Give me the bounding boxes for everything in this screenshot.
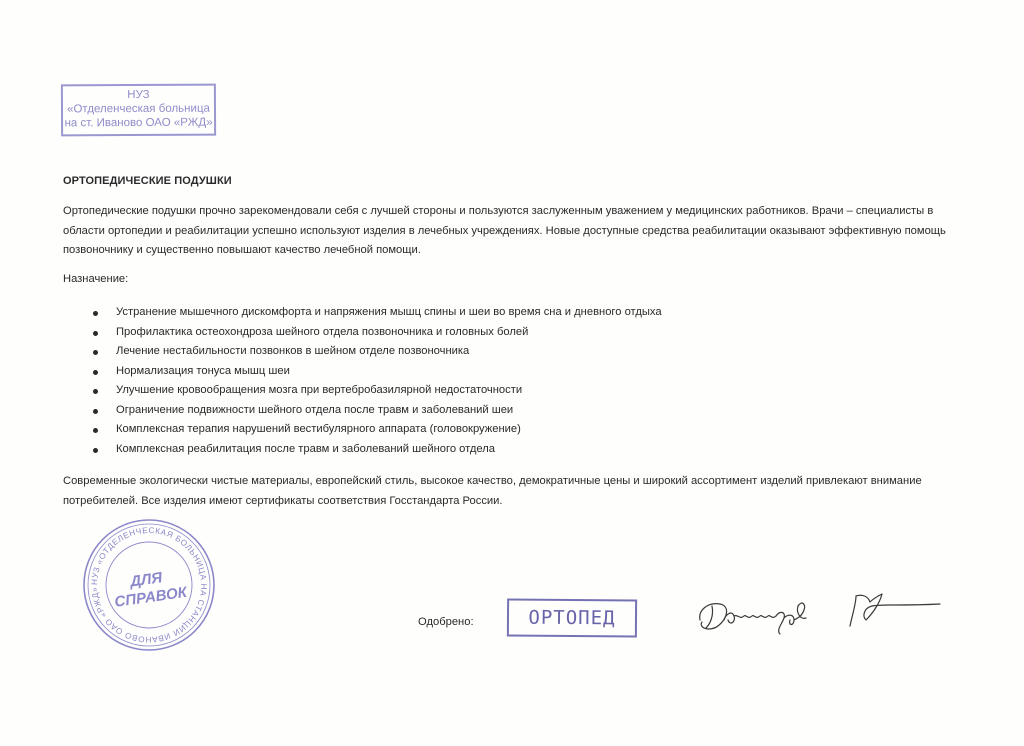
round-stamp: НУЗ «ОТДЕЛЕНЧЕСКАЯ БОЛЬНИЦА НА СТАНЦИИ И… bbox=[79, 518, 219, 653]
bullet-icon bbox=[93, 311, 98, 316]
list-item-text: Комплексная терапия нарушений вестибуляр… bbox=[116, 423, 521, 435]
list-item: Нормализация тонуса мышц шеи bbox=[90, 362, 662, 382]
bullet-icon bbox=[93, 428, 98, 433]
header-stamp-line: НУЗ bbox=[63, 88, 214, 103]
list-item-text: Профилактика остеохондроза шейного отдел… bbox=[116, 326, 528, 338]
intro-paragraph: Ортопедические подушки прочно зарекоменд… bbox=[63, 202, 963, 261]
list-item: Лечение нестабильности позвонков в шейно… bbox=[90, 342, 662, 362]
document-page: НУЗ «Отделенческая больница на ст. Ивано… bbox=[0, 0, 1024, 746]
list-item-text: Устранение мышечного дискомфорта и напря… bbox=[116, 306, 662, 318]
list-item: Профилактика остеохондроза шейного отдел… bbox=[90, 323, 662, 343]
list-item-text: Ограничение подвижности шейного отдела п… bbox=[116, 404, 513, 416]
header-stamp-line: «Отделенческая больница bbox=[63, 102, 214, 117]
bullet-icon bbox=[93, 370, 98, 375]
list-item-text: Лечение нестабильности позвонков в шейно… bbox=[116, 345, 469, 357]
list-item: Ограничение подвижности шейного отдела п… bbox=[90, 401, 662, 421]
list-item: Улучшение кровообращения мозга при верте… bbox=[90, 381, 662, 401]
list-item: Комплексная терапия нарушений вестибуляр… bbox=[90, 420, 662, 440]
bullet-icon bbox=[93, 409, 98, 414]
list-item: Устранение мышечного дискомфорта и напря… bbox=[90, 303, 662, 323]
approved-label: Одобрено: bbox=[418, 616, 474, 628]
closing-paragraph: Современные экологически чистые материал… bbox=[63, 472, 963, 511]
list-item-text: Комплексная реабилитация после травм и з… bbox=[116, 443, 495, 455]
list-item-text: Улучшение кровообращения мозга при верте… bbox=[116, 384, 522, 396]
purpose-list: Устранение мышечного дискомфорта и напря… bbox=[90, 303, 662, 459]
purpose-label: Назначение: bbox=[63, 273, 128, 285]
bullet-icon bbox=[93, 350, 98, 355]
signature bbox=[690, 580, 960, 640]
document-title: ОРТОПЕДИЧЕСКИЕ ПОДУШКИ bbox=[63, 175, 232, 187]
list-item-text: Нормализация тонуса мышц шеи bbox=[116, 365, 290, 377]
header-stamp-line: на ст. Иваново ОАО «РЖД» bbox=[63, 116, 214, 131]
bullet-icon bbox=[93, 389, 98, 394]
bullet-icon bbox=[93, 448, 98, 453]
round-stamp-center-line2: СПРАВОК bbox=[113, 584, 189, 611]
ortoped-stamp: ОРТОПЕД bbox=[507, 599, 637, 638]
list-item: Комплексная реабилитация после травм и з… bbox=[90, 440, 662, 460]
header-stamp: НУЗ «Отделенческая больница на ст. Ивано… bbox=[61, 84, 216, 137]
bullet-icon bbox=[93, 331, 98, 336]
